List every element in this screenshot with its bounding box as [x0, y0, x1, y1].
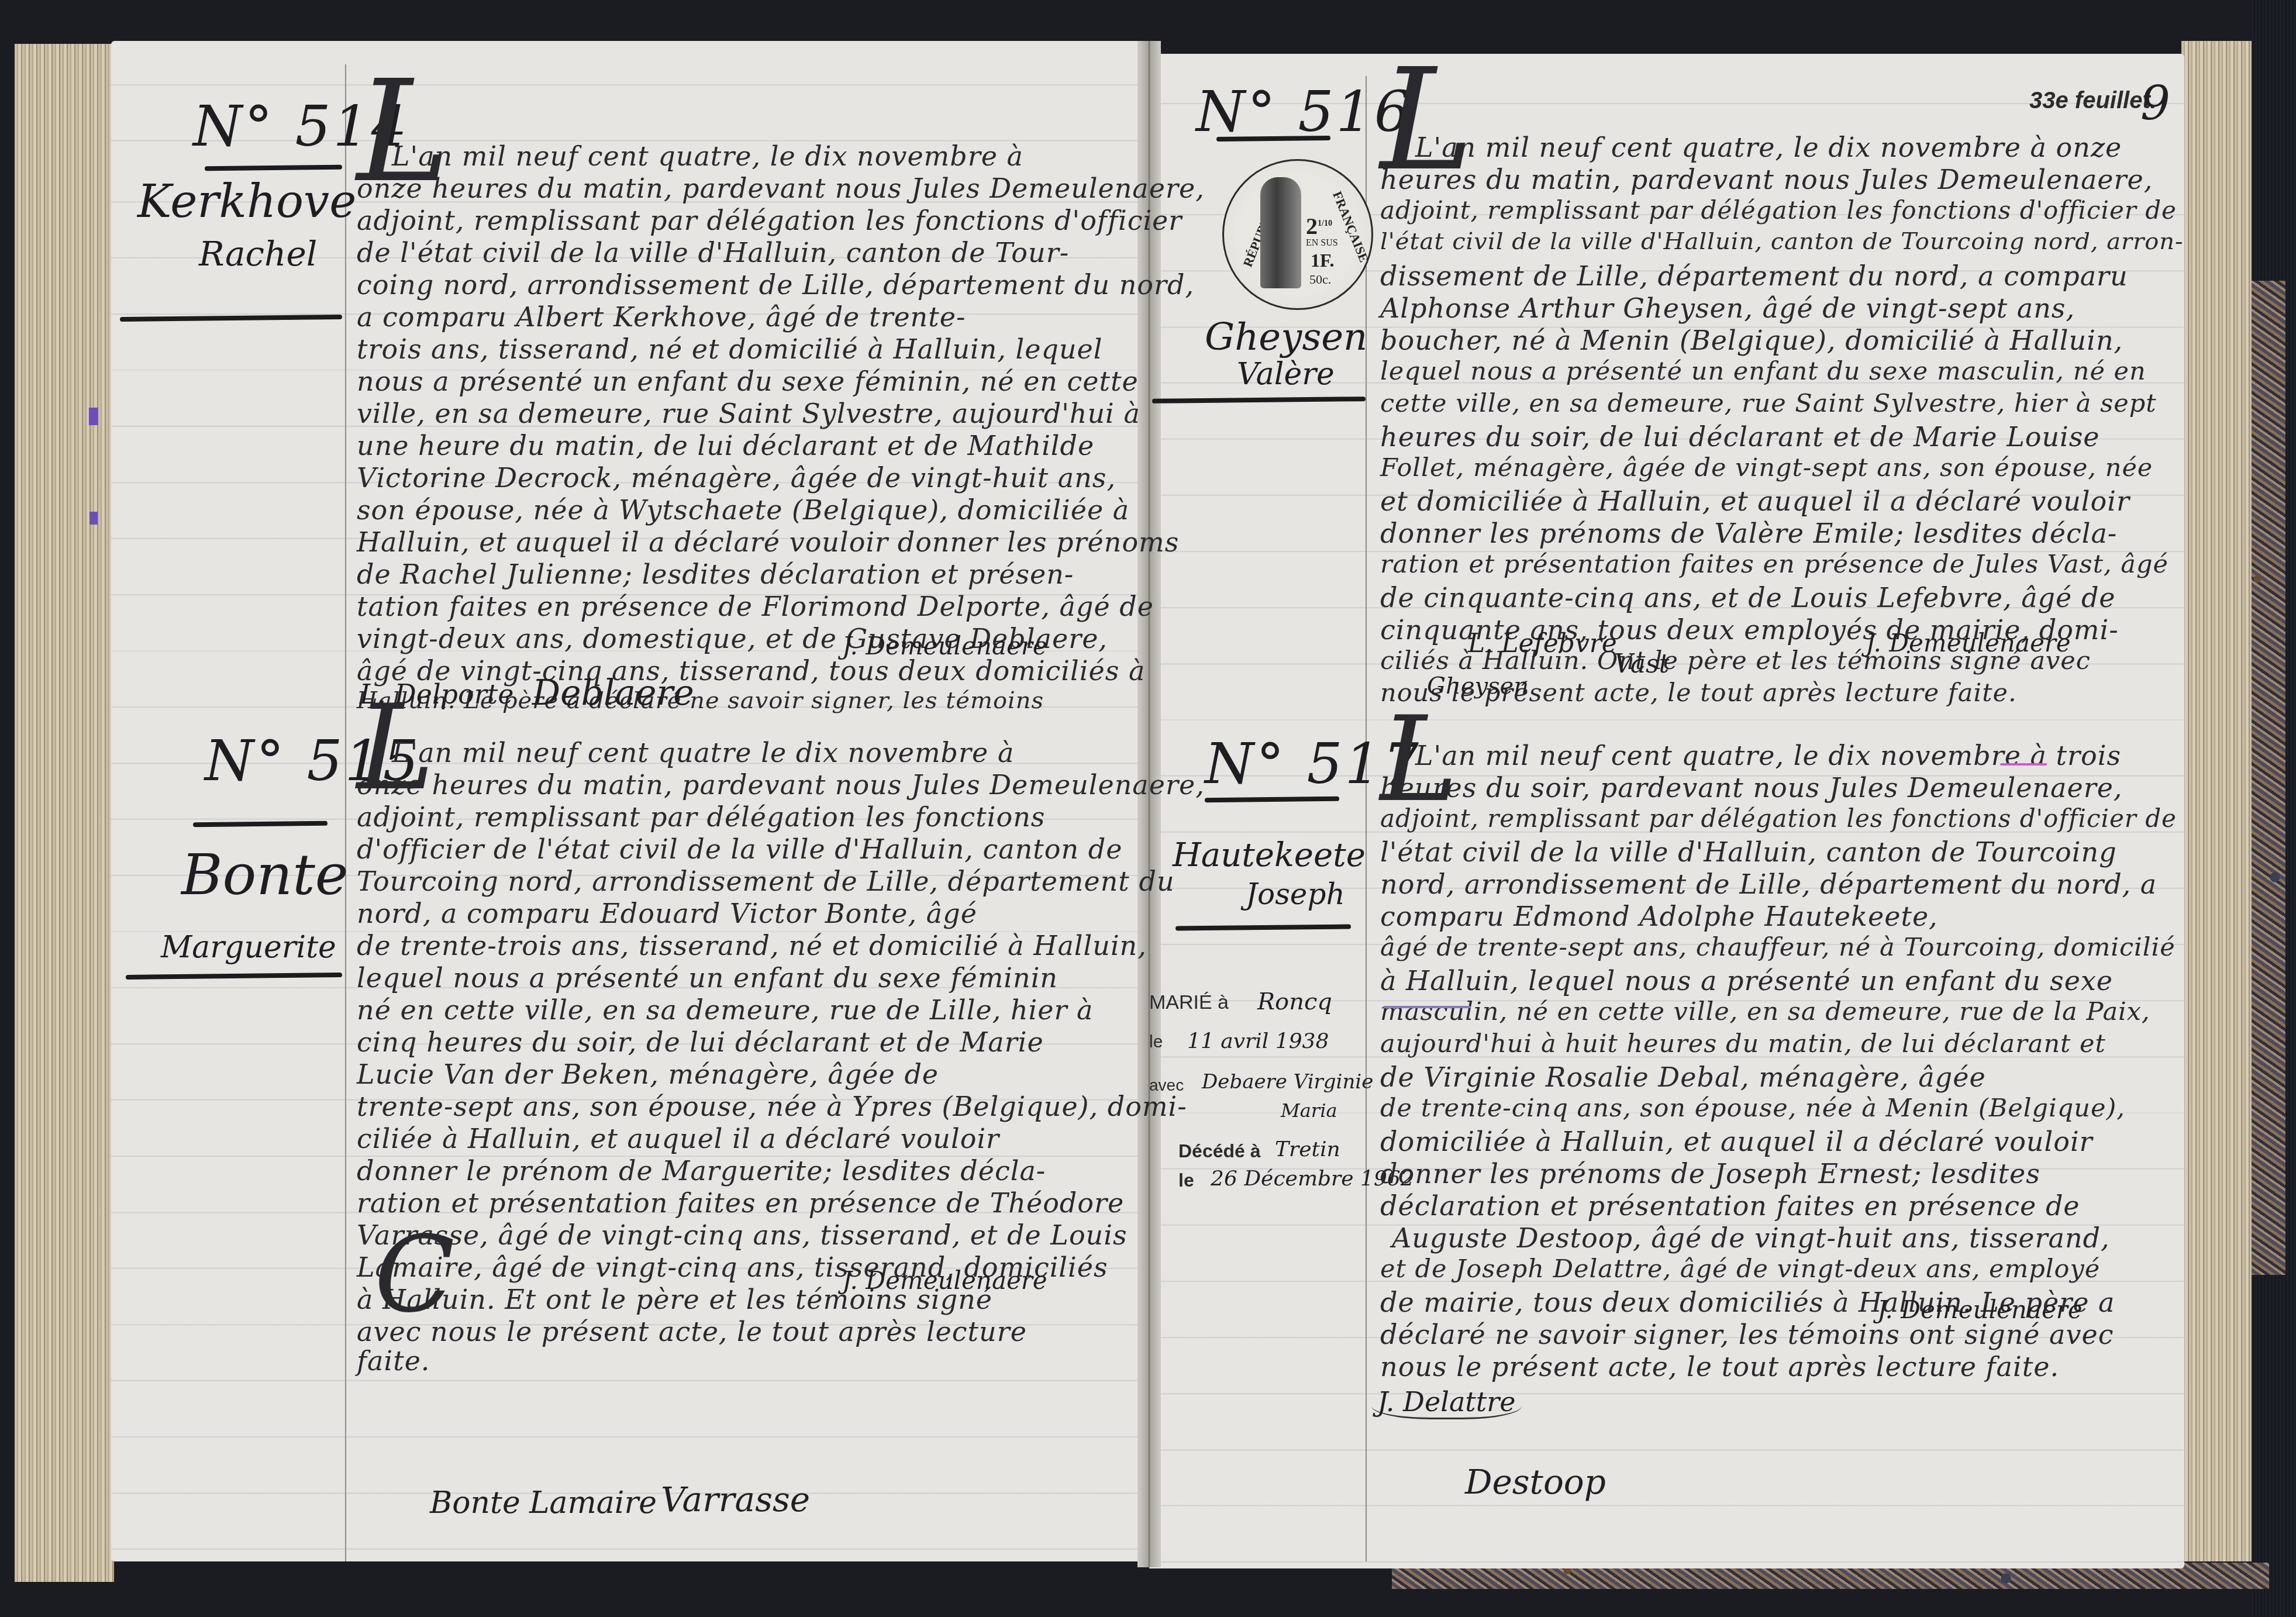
annotation-underline-pink: [2000, 763, 2047, 766]
text-line: déclaration et présentation faites en pr…: [1380, 1190, 2080, 1222]
text-line: donner les prénoms de Valère Emile; lesd…: [1380, 518, 2117, 549]
entry-surname: Gheysen: [1205, 316, 1367, 359]
purple-index-mark: [89, 408, 98, 425]
signature-witness: Destoop: [1465, 1462, 1606, 1502]
text-line: Tourcoing nord, arrondissement de Lille,…: [357, 866, 1175, 897]
text-line: de trente-trois ans, tisserand, né et do…: [357, 930, 1147, 961]
signature-officer: J. Demeulenaere: [1877, 1295, 2083, 1324]
text-line: l'état civil de la ville d'Halluin, cant…: [1380, 836, 2117, 868]
stamp-value-top: 21/10: [1306, 212, 1332, 240]
text-line: faite.: [357, 1345, 430, 1377]
signature-officer: J. Demeulenaere: [842, 1266, 1047, 1295]
text-line: nous le présent acte, le tout après lect…: [1380, 1351, 2059, 1382]
death-date-prefix: le: [1178, 1170, 1194, 1191]
text-line: Varrasse, âgé de vingt-cinq ans, tissera…: [357, 1219, 1128, 1251]
folio-header: 33e feuillet.: [2029, 88, 2157, 114]
married-date-prefix: le: [1149, 1032, 1163, 1052]
text-line: trente-sept ans, son épouse, née à Ypres…: [357, 1091, 1187, 1122]
text-line: avec nous le présent acte, le tout après…: [357, 1316, 1027, 1347]
text-line: lequel nous a présenté un enfant du sexe…: [1380, 357, 2146, 386]
text-line: donner les prénoms de Joseph Ernest; les…: [1380, 1158, 2040, 1190]
signature-father: Bonte: [430, 1485, 520, 1521]
marianne-figure-icon: [1260, 177, 1301, 288]
marbled-board-right: [2250, 281, 2285, 1275]
text-line: boucher, né à Menin (Belgique), domicili…: [1380, 325, 2123, 356]
text-line: de Rachel Julienne; lesdites déclaration…: [357, 558, 1074, 590]
text-line: lequel nous a présenté un enfant du sexe…: [357, 962, 1058, 994]
entry-given-name: Rachel: [199, 234, 317, 274]
signature-officer: J. Demeulenaere: [1866, 629, 2071, 657]
text-line: Alphonse Arthur Gheysen, âgé de vingt-se…: [1380, 292, 2075, 324]
text-line: ville, en sa demeure, rue Saint Sylvestr…: [357, 398, 1140, 429]
text-line: onze heures du matin, pardevant nous Jul…: [357, 173, 1205, 204]
text-line: de l'état civil de la ville d'Halluin, c…: [357, 237, 1069, 268]
right-page-edges: [2181, 41, 2252, 1561]
text-line: adjoint, remplissant par délégation les …: [1380, 196, 2177, 225]
text-line: L'an mil neuf cent quatre, le dix novemb…: [392, 140, 1023, 172]
text-line: ration et présentation faites en présenc…: [357, 1187, 1124, 1219]
signature-witness: Varrasse: [661, 1480, 810, 1519]
text-line: trois ans, tisserand, né et domicilié à …: [357, 333, 1103, 365]
left-margin-rule: [345, 64, 346, 1561]
purple-index-mark: [89, 512, 98, 525]
spouse-name: Debaere Virginie: [1202, 1070, 1373, 1094]
stamp-value-cents: 50c.: [1309, 272, 1331, 287]
entry-surname: Bonte: [181, 842, 349, 908]
text-line: cinq heures du soir, de lui déclarant et…: [357, 1026, 1044, 1058]
text-line: onze heures du matin, pardevant nous Jul…: [357, 769, 1205, 801]
text-line: masculin, né en cette ville, en sa demeu…: [1380, 997, 2150, 1026]
text-line: tation faites en présence de Florimond D…: [357, 591, 1154, 622]
text-line: d'officier de l'état civil de la ville d…: [357, 833, 1122, 865]
text-line: L'an mil neuf cent quatre, le dix novemb…: [1415, 740, 2121, 771]
fiscal-stamp: RÉPUBLIQUE FRANÇAISE 21/10 EN SUS 1F. 50…: [1222, 159, 1373, 310]
text-line: l'état civil de la ville d'Halluin, cant…: [1380, 228, 2184, 255]
text-line: adjoint, remplissant par délégation les …: [1380, 804, 2177, 833]
signature-officer: J. Demeulenaere: [842, 632, 1047, 660]
text-line: et domiciliée à Halluin, et auquel il a …: [1380, 485, 2130, 517]
text-line: a comparu Albert Kerkhove, âgé de trente…: [357, 301, 966, 333]
text-line: à Halluin, lequel nous a présenté un enf…: [1380, 965, 2113, 997]
text-line: adjoint, remplissant par délégation les …: [357, 205, 1182, 236]
text-line: nord, arrondissement de Lille, départeme…: [1380, 868, 2157, 900]
text-line: et de Joseph Delattre, âgé de vingt-deux…: [1380, 1254, 2100, 1284]
text-line: de Virginie Rosalie Debal, ménagère, âgé…: [1380, 1061, 1986, 1093]
text-line: L'an mil neuf cent quatre, le dix novemb…: [1415, 132, 2122, 163]
text-line: né en cette ville, en sa demeure, rue de…: [357, 994, 1094, 1026]
signature-witness: Deblaere: [532, 673, 694, 713]
text-line: dissement de Lille, département du nord,…: [1380, 260, 2128, 292]
text-line: Follet, ménagère, âgée de vingt-sept ans…: [1380, 453, 2153, 482]
text-line: domiciliée à Halluin, et auquel il a déc…: [1380, 1126, 2093, 1157]
left-page-edges: [15, 44, 114, 1582]
spouse-name-line2: Maria: [1281, 1099, 1337, 1122]
text-line: heures du soir, de lui déclarant et de M…: [1380, 421, 2100, 453]
text-line: heures du soir, pardevant nous Jules Dem…: [1380, 772, 2123, 804]
married-date: 11 avril 1938: [1187, 1029, 1329, 1053]
signature-witness: Vast: [1614, 649, 1669, 679]
entry-given-name: Valère: [1237, 357, 1335, 392]
stamp-value-ensus: EN SUS: [1306, 238, 1338, 249]
married-place: Roncq: [1257, 988, 1332, 1015]
text-line: nous a présenté un enfant du sexe fémini…: [357, 366, 1139, 397]
text-line: donner le prénom de Marguerite; lesdites…: [357, 1155, 1046, 1187]
text-line: de cinquante-cinq ans, et de Louis Lefeb…: [1380, 582, 2116, 613]
signature-witness: J. Delattre: [1371, 1386, 1522, 1419]
text-line: adjoint, remplissant par délégation les …: [357, 801, 1045, 833]
signature-witness: L. Lefebvre: [1468, 629, 1617, 658]
text-line: L'an mil neuf cent quatre le dix novembr…: [392, 737, 1014, 768]
text-line: heures du matin, pardevant nous Jules De…: [1380, 164, 2153, 195]
death-stamp: Décédé à: [1178, 1140, 1261, 1162]
annotation-underline-violet: [1383, 1006, 1471, 1008]
right-margin-rule: [1366, 76, 1367, 1561]
text-line: Victorine Decrock, ménagère, âgée de vin…: [357, 462, 1116, 494]
text-line: comparu Edmond Adolphe Hautekeete,: [1380, 901, 1938, 932]
text-line: aujourd'hui à huit heures du matin, de l…: [1380, 1029, 2106, 1059]
text-line: Auguste Destoop, âgé de vingt-huit ans, …: [1392, 1222, 2110, 1254]
stamp-ring-right: FRANÇAISE: [1329, 189, 1371, 265]
text-line: ciliée à Halluin, et auquel il a déclaré…: [357, 1123, 999, 1154]
text-line: son épouse, née à Wytschaete (Belgique),…: [357, 494, 1129, 526]
entry-given-name: Joseph: [1246, 877, 1345, 911]
text-line: Halluin, et auquel il a déclaré vouloir …: [357, 526, 1179, 558]
decorative-flourish: C: [374, 1222, 455, 1328]
signature-witness: Lamaire: [529, 1485, 657, 1521]
married-stamp: MARIÉ à: [1149, 991, 1229, 1014]
text-line: coing nord, arrondissement de Lille, dép…: [357, 269, 1194, 301]
spouse-prefix: avec: [1149, 1076, 1184, 1095]
stamp-value-main: 1F.: [1311, 250, 1335, 271]
text-line: ration et présentation faites en présenc…: [1380, 550, 2169, 579]
text-line: nord, a comparu Edouard Victor Bonte, âg…: [357, 898, 977, 929]
text-line: Lucie Van der Beken, ménagère, âgée de: [357, 1059, 939, 1090]
folio-mark: 9: [2140, 76, 2170, 130]
text-line: âgé de trente-sept ans, chauffeur, né à …: [1380, 933, 2176, 962]
death-place: Tretin: [1275, 1137, 1340, 1161]
text-line: cette ville, en sa demeure, rue Saint Sy…: [1380, 389, 2156, 418]
text-line: une heure du matin, de lui déclarant et …: [357, 430, 1094, 461]
text-line: de trente-cinq ans, son épouse, née à Me…: [1380, 1094, 2125, 1123]
entry-surname: Hautekeete: [1173, 836, 1366, 874]
entry-given-name: Marguerite: [161, 930, 336, 965]
entry-surname: Kerkhove: [137, 175, 356, 228]
